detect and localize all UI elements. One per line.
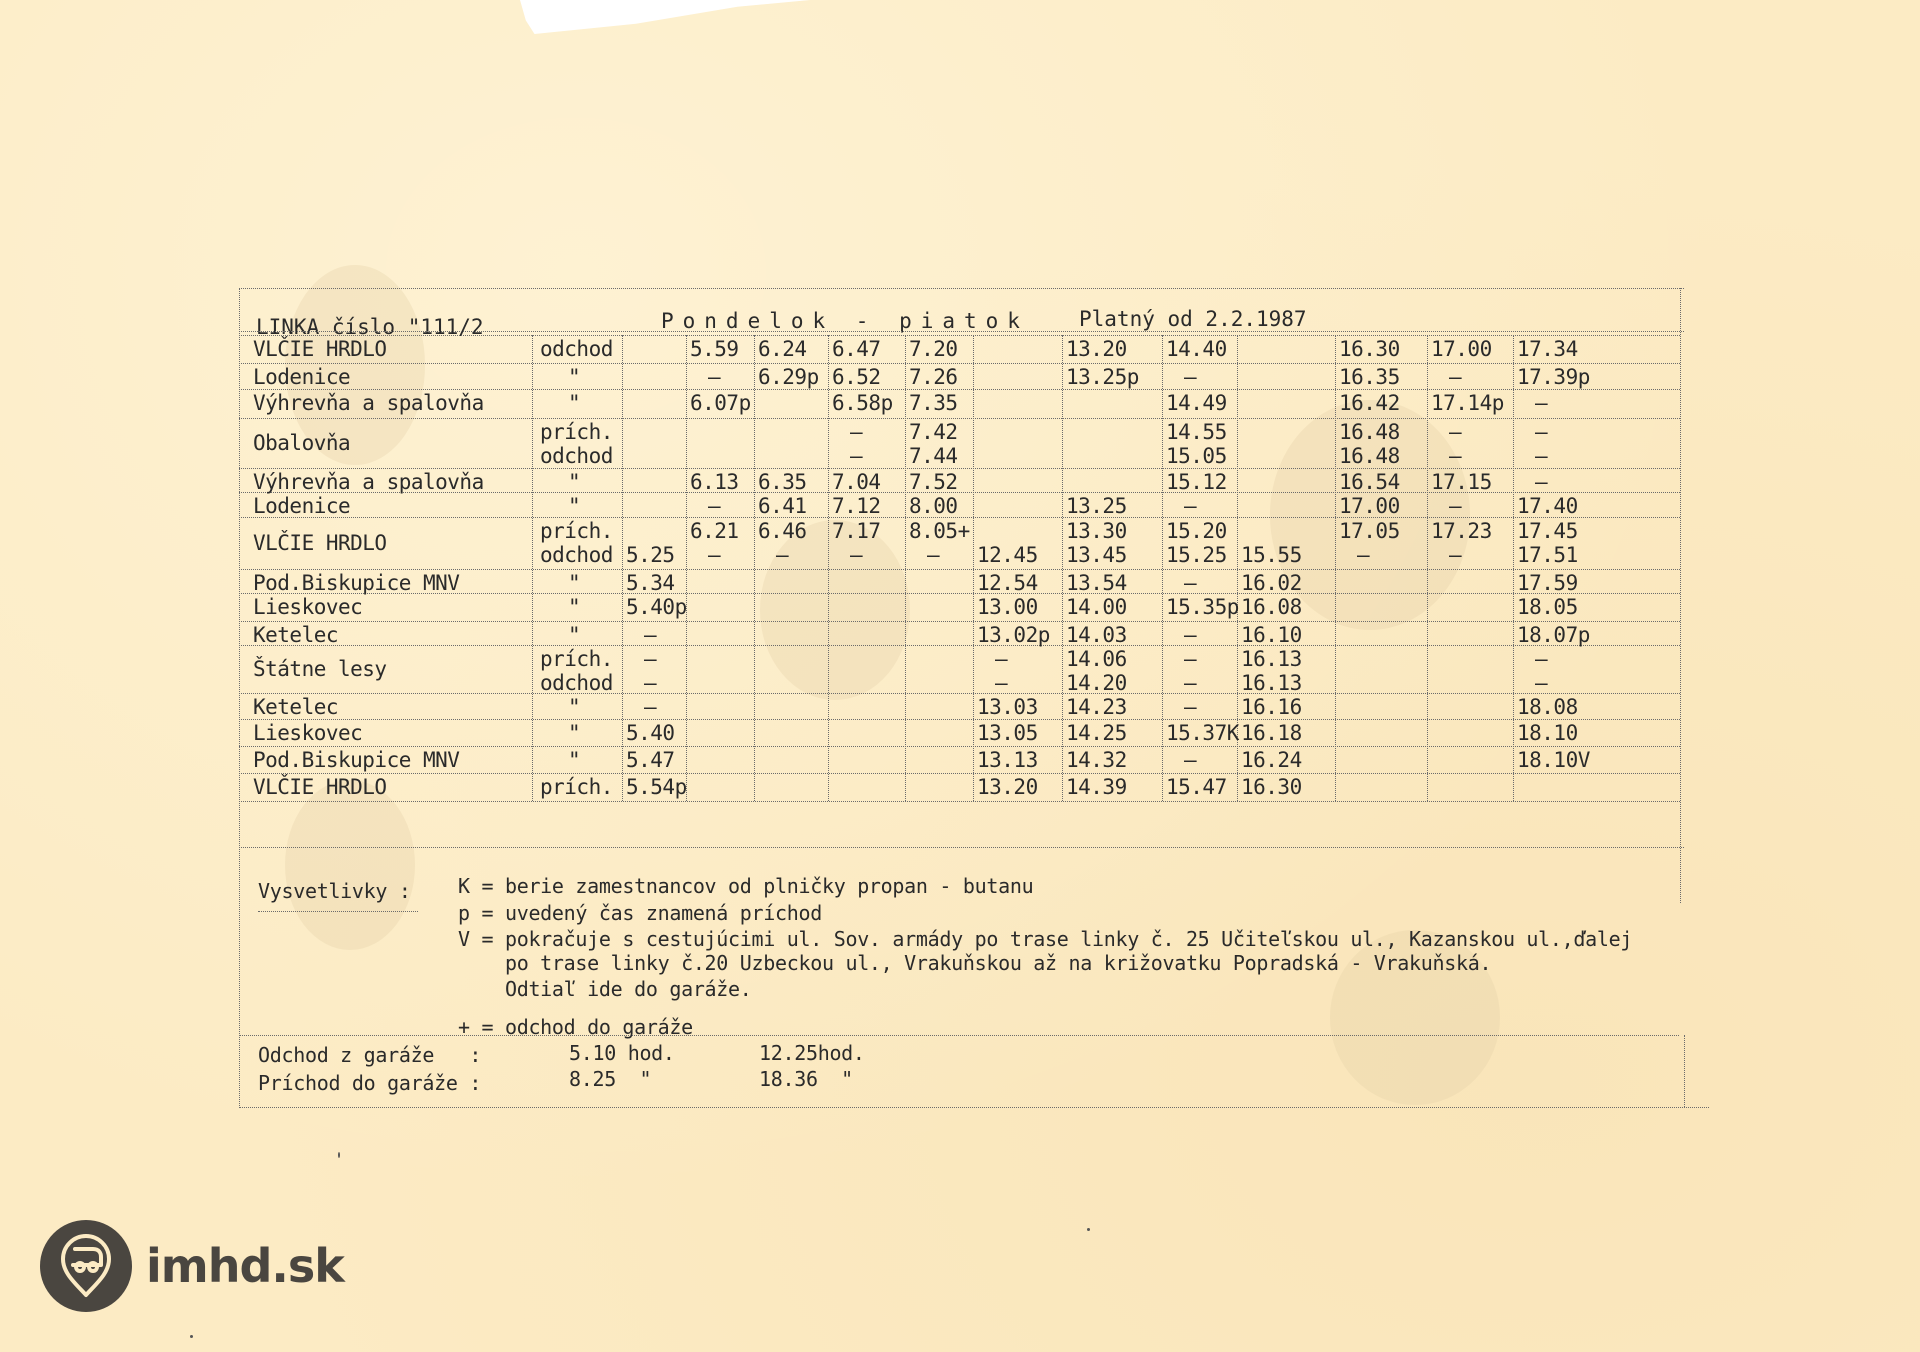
departure-time: 18.10V [1517, 748, 1590, 772]
departure-time: 14.39 [1066, 775, 1127, 799]
departure-time: – [1184, 365, 1196, 389]
departure-time: 15.20 [1166, 519, 1227, 543]
station-name: Lodenice [253, 365, 350, 389]
stop-type-label: " [568, 623, 580, 647]
departure-time: – [1184, 571, 1196, 595]
departure-time: 16.13 [1241, 671, 1302, 695]
paper-speck [338, 1152, 340, 1158]
departure-time: 14.20 [1066, 671, 1127, 695]
departure-time: 17.00 [1339, 494, 1400, 518]
row-divider-line [239, 335, 1680, 336]
station-name: VLČIE HRDLO [253, 531, 387, 555]
stop-type-label: " [568, 571, 580, 595]
departure-time: 13.20 [1066, 337, 1127, 361]
column-divider-line [1427, 335, 1428, 801]
departure-time: – [708, 494, 720, 518]
departure-time: 5.40 [626, 721, 675, 745]
departure-time: 6.58p [832, 391, 893, 415]
departure-time: 16.48 [1339, 420, 1400, 444]
departure-time: 14.03 [1066, 623, 1127, 647]
departure-time: 16.10 [1241, 623, 1302, 647]
departure-time: 6.41 [758, 494, 807, 518]
row-divider-line [239, 645, 1680, 646]
station-name: Pod.Biskupice MNV [253, 748, 459, 772]
departure-time: 5.59 [690, 337, 739, 361]
column-divider-line [828, 335, 829, 801]
paper-speck [1087, 1228, 1090, 1231]
station-name: Lodenice [253, 494, 350, 518]
legend-item-v-cont1: po trase linky č.20 Uzbeckou ul., Vrakuň… [458, 951, 1491, 975]
departure-time: – [1184, 671, 1196, 695]
departure-time: 14.40 [1166, 337, 1227, 361]
column-divider-line [1513, 335, 1514, 801]
station-name: Výhrevňa a spalovňa [253, 391, 484, 415]
departure-time: – [644, 647, 656, 671]
departure-time: 14.49 [1166, 391, 1227, 415]
row-divider-line [239, 693, 1680, 694]
departure-time: 16.24 [1241, 748, 1302, 772]
departure-time: 7.44 [909, 444, 958, 468]
garage-arrival-time-2: 18.36 " [759, 1067, 853, 1091]
column-divider-line [973, 335, 974, 801]
stop-type-label: " [568, 595, 580, 619]
departure-time: – [995, 647, 1007, 671]
row-divider-line [239, 389, 1680, 390]
frame-right-line [1680, 288, 1681, 903]
departure-time: 15.12 [1166, 470, 1227, 494]
departure-time: 13.25p [1066, 365, 1139, 389]
departure-time: – [1449, 494, 1461, 518]
departure-time: 12.54 [977, 571, 1038, 595]
legend-item-k: K = berie zamestnancov od plničky propan… [458, 874, 1033, 898]
departure-time: – [1535, 444, 1547, 468]
column-divider-line [1162, 335, 1163, 801]
departure-time: 17.39p [1517, 365, 1590, 389]
departure-time: 7.35 [909, 391, 958, 415]
row-divider-line [239, 719, 1680, 720]
departure-time: – [850, 420, 862, 444]
departure-time: 16.30 [1241, 775, 1302, 799]
timetable-sheet: LINKA číslo "111/2 Pondelok - piatok Pla… [239, 291, 1684, 1108]
stop-type-label: odchod [540, 337, 613, 361]
station-name: Obalovňa [253, 431, 350, 455]
departure-time: 6.46 [758, 519, 807, 543]
garage-right-line [1684, 1035, 1685, 1107]
departure-time: 5.25 [626, 543, 675, 567]
departure-time: 16.35 [1339, 365, 1400, 389]
station-name: Ketelec [253, 695, 338, 719]
departure-time: – [927, 543, 939, 567]
departure-time: – [776, 543, 788, 567]
service-days: Pondelok - piatok [661, 309, 1029, 333]
departure-time: – [1184, 695, 1196, 719]
departure-time: 16.08 [1241, 595, 1302, 619]
departure-time: 15.37K [1166, 721, 1239, 745]
departure-time: – [1449, 543, 1461, 567]
departure-time: 17.34 [1517, 337, 1578, 361]
frame-left-line [239, 288, 240, 1108]
row-divider-line [239, 801, 1680, 802]
departure-time: – [1535, 470, 1547, 494]
map-pin-bus-icon [40, 1220, 132, 1312]
departure-time: – [1184, 623, 1196, 647]
departure-time: 14.06 [1066, 647, 1127, 671]
departure-time: 6.29p [758, 365, 819, 389]
departure-time: 14.32 [1066, 748, 1127, 772]
stop-type-label: odchod [540, 444, 613, 468]
departure-time: 15.25 [1166, 543, 1227, 567]
row-divider-line [239, 468, 1680, 469]
departure-time: – [1449, 420, 1461, 444]
column-divider-line [754, 335, 755, 801]
departure-time: 15.55 [1241, 543, 1302, 567]
departure-time: 6.13 [690, 470, 739, 494]
garage-departure-time-2: 12.25hod. [759, 1041, 865, 1065]
validity-date: Platný od 2.2.1987 [1079, 307, 1307, 331]
legend-item-v: V = pokračuje s cestujúcimi ul. Sov. arm… [458, 927, 1632, 951]
station-name: Výhrevňa a spalovňa [253, 470, 484, 494]
departure-time: 13.20 [977, 775, 1038, 799]
departure-time: – [644, 671, 656, 695]
departure-time: 7.04 [832, 470, 881, 494]
header-divider-line [239, 331, 1684, 332]
row-divider-line [239, 773, 1680, 774]
station-name: Pod.Biskupice MNV [253, 571, 459, 595]
departure-time: 18.10 [1517, 721, 1578, 745]
departure-time: 7.20 [909, 337, 958, 361]
departure-time: 16.16 [1241, 695, 1302, 719]
row-divider-line [239, 517, 1680, 518]
departure-time: 16.18 [1241, 721, 1302, 745]
departure-time: – [708, 543, 720, 567]
departure-time: 17.00 [1431, 337, 1492, 361]
departure-time: 17.59 [1517, 571, 1578, 595]
stop-type-label: odchod [540, 671, 613, 695]
station-name: Lieskovec [253, 721, 362, 745]
departure-time: – [1535, 647, 1547, 671]
departure-time: 17.51 [1517, 543, 1578, 567]
departure-time: 7.42 [909, 420, 958, 444]
legend-title: Vysvetlivky : [258, 879, 411, 903]
departure-time: 6.21 [690, 519, 739, 543]
departure-time: 18.05 [1517, 595, 1578, 619]
departure-time: 5.40p [626, 595, 687, 619]
row-divider-line [239, 746, 1680, 747]
column-divider-line [1062, 335, 1063, 801]
stop-type-label: " [568, 365, 580, 389]
departure-time: 14.55 [1166, 420, 1227, 444]
departure-time: 16.02 [1241, 571, 1302, 595]
row-divider-line [239, 569, 1680, 570]
departure-time: 15.05 [1166, 444, 1227, 468]
departure-time: – [995, 671, 1007, 695]
departure-time: – [1535, 671, 1547, 695]
row-divider-line [239, 418, 1680, 419]
departure-time: – [1357, 543, 1369, 567]
departure-time: – [1535, 420, 1547, 444]
departure-time: – [644, 623, 656, 647]
stop-type-label: " [568, 470, 580, 494]
departure-time: 14.00 [1066, 595, 1127, 619]
garage-departure-label: Odchod z garáže : [258, 1043, 481, 1067]
station-name: Lieskovec [253, 595, 362, 619]
departure-time: 6.35 [758, 470, 807, 494]
departure-time: 14.25 [1066, 721, 1127, 745]
column-divider-line [686, 335, 687, 801]
departure-time: 15.47 [1166, 775, 1227, 799]
departure-time: 13.05 [977, 721, 1038, 745]
imhd-logo: imhd.sk [40, 1220, 344, 1312]
departure-time: 5.54p [626, 775, 687, 799]
departure-time: 16.42 [1339, 391, 1400, 415]
departure-time: 17.45 [1517, 519, 1578, 543]
station-name: VLČIE HRDLO [253, 337, 387, 361]
garage-arrival-time-1: 8.25 " [569, 1067, 651, 1091]
departure-time: 13.54 [1066, 571, 1127, 595]
paper-speck [190, 1335, 193, 1338]
departure-time: 13.00 [977, 595, 1038, 619]
departure-time: 17.14p [1431, 391, 1504, 415]
departure-time: – [1184, 494, 1196, 518]
departure-time: 5.34 [626, 571, 675, 595]
departure-time: – [644, 695, 656, 719]
departure-time: 18.07p [1517, 623, 1590, 647]
departure-time: 7.12 [832, 494, 881, 518]
departure-time: 13.45 [1066, 543, 1127, 567]
legend-item-v-cont2: Odtiaľ ide do garáže. [458, 977, 752, 1001]
row-divider-line [239, 363, 1680, 364]
frame-bottom-line [239, 1107, 1709, 1108]
stop-type-label: prích. [540, 519, 613, 543]
departure-time: 13.25 [1066, 494, 1127, 518]
departure-time: 17.40 [1517, 494, 1578, 518]
departure-time: 5.47 [626, 748, 675, 772]
logo-text: imhd.sk [146, 1239, 344, 1293]
departure-time: 7.17 [832, 519, 881, 543]
frame-top-line [239, 288, 1684, 289]
departure-time: 6.24 [758, 337, 807, 361]
departure-time: 8.05+ [909, 519, 970, 543]
stop-type-label: prích. [540, 775, 613, 799]
station-name: Ketelec [253, 623, 338, 647]
column-divider-line [532, 335, 533, 801]
departure-time: – [1184, 647, 1196, 671]
departure-time: – [850, 543, 862, 567]
departure-time: 8.00 [909, 494, 958, 518]
row-divider-line [239, 621, 1680, 622]
garage-departure-time-1: 5.10 hod. [569, 1041, 675, 1065]
departure-time: 13.13 [977, 748, 1038, 772]
column-divider-line [905, 335, 906, 801]
departure-time: 13.03 [977, 695, 1038, 719]
stop-type-label: " [568, 721, 580, 745]
departure-time: 6.07p [690, 391, 751, 415]
departure-time: 7.26 [909, 365, 958, 389]
departure-time: 16.13 [1241, 647, 1302, 671]
departure-time: 7.52 [909, 470, 958, 494]
stop-type-label: " [568, 494, 580, 518]
column-divider-line [622, 335, 623, 801]
stop-type-label: " [568, 391, 580, 415]
departure-time: 13.02p [977, 623, 1050, 647]
station-name: VLČIE HRDLO [253, 775, 387, 799]
departure-time: 14.23 [1066, 695, 1127, 719]
departure-time: – [1184, 748, 1196, 772]
departure-time: 18.08 [1517, 695, 1578, 719]
departure-time: 16.48 [1339, 444, 1400, 468]
departure-time: 6.47 [832, 337, 881, 361]
station-name: Štátne lesy [253, 657, 387, 681]
garage-divider-line [239, 1035, 1679, 1036]
departure-time: 17.05 [1339, 519, 1400, 543]
departure-time: 12.45 [977, 543, 1038, 567]
stop-type-label: prích. [540, 420, 613, 444]
departure-time: – [1449, 444, 1461, 468]
legend-title-underline [258, 911, 418, 912]
garage-arrival-label: Príchod do garáže : [258, 1071, 481, 1095]
table-bottom-line [239, 847, 1684, 848]
legend-item-p: p = uvedený čas znamená príchod [458, 901, 822, 925]
departure-time: – [1449, 365, 1461, 389]
departure-time: 16.30 [1339, 337, 1400, 361]
stop-type-label: odchod [540, 543, 613, 567]
departure-time: 17.23 [1431, 519, 1492, 543]
departure-time: – [708, 365, 720, 389]
stop-type-label: " [568, 695, 580, 719]
column-divider-line [1335, 335, 1336, 801]
stop-type-label: prích. [540, 647, 613, 671]
departure-time: – [1535, 391, 1547, 415]
departure-time: 15.35p [1166, 595, 1239, 619]
departure-time: 13.30 [1066, 519, 1127, 543]
departure-time: 17.15 [1431, 470, 1492, 494]
departure-time: – [850, 444, 862, 468]
departure-time: 6.52 [832, 365, 881, 389]
departure-time: 16.54 [1339, 470, 1400, 494]
stop-type-label: " [568, 748, 580, 772]
